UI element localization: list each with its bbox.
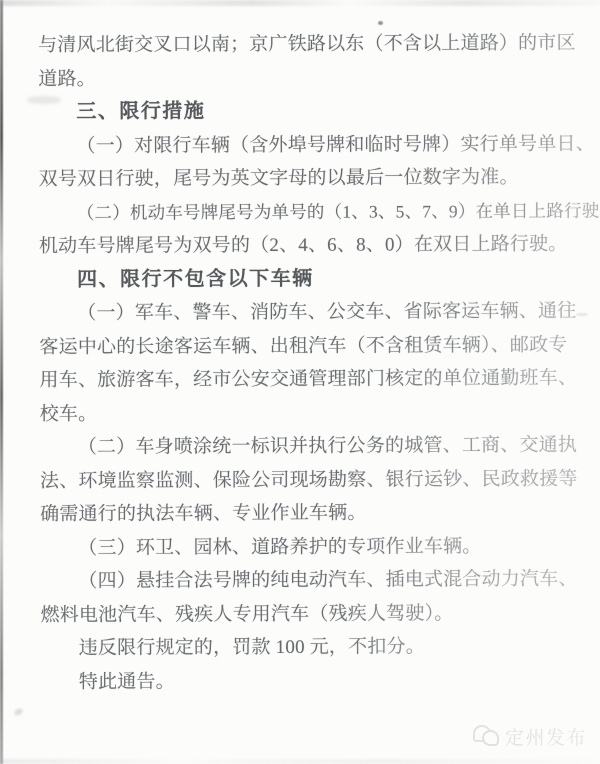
- scan-artifact-dash: [576, 313, 588, 316]
- chat-bubble-small: [482, 730, 499, 746]
- scan-artifact-smudge: [13, 707, 24, 717]
- scan-artifact-smudge: [27, 96, 61, 104]
- notice-line: 燃料电池汽车、残疾人专用汽车（残疾人驾驶）。: [40, 596, 584, 632]
- chat-bubbles-icon: [473, 724, 500, 749]
- notice-body: 与清风北街交叉口以南；京广铁路以东（不含以上道路）的市区 道路。 三、限行措施 …: [38, 27, 585, 699]
- notice-line: 校车。: [40, 395, 584, 431]
- notice-line: 与清风北街交叉口以南；京广铁路以东（不含以上道路）的市区: [38, 27, 582, 63]
- notice-line: 客运中心的长途客运车辆、出租汽车（不含租赁车辆）、邮政专: [39, 328, 583, 364]
- notice-line: （三）环卫、园林、道路养护的专项作业车辆。: [40, 529, 584, 565]
- scan-artifact-top-edge: [0, 0, 600, 6]
- notice-line: 法、环境监察监测、保险公司现场勘察、银行运钞、民政救援等: [40, 462, 584, 498]
- notice-line: 用车、旅游客车，经市公安交通管理部门核定的单位通勤班车、: [39, 362, 583, 398]
- watermark-label: 定州发布: [505, 723, 587, 750]
- notice-line: 特此通告。: [41, 663, 585, 699]
- scan-artifact-dot: [378, 21, 383, 25]
- notice-line: （二）机动车号牌尾号为单号的（1、3、5、7、9）在单日上路行驶；: [39, 194, 583, 230]
- section-heading: 三、限行措施: [38, 94, 582, 130]
- publisher-watermark: 定州发布: [473, 723, 587, 750]
- scan-artifact-left-edge: [0, 0, 3, 764]
- scanned-notice-page: 与清风北街交叉口以南；京广铁路以东（不含以上道路）的市区 道路。 三、限行措施 …: [0, 0, 600, 764]
- notice-line: （一）军车、警车、消防车、公交车、省际客运车辆、通往: [39, 295, 583, 331]
- notice-line: 违反限行规定的，罚款 100 元，不扣分。: [41, 630, 585, 666]
- notice-line: （四）悬挂合法号牌的纯电动汽车、插电式混合动力汽车、: [40, 563, 584, 599]
- scan-artifact-bottom-edge: [0, 759, 600, 764]
- notice-line: 双号双日行驶，尾号为英文字母的以最后一位数字为准。: [39, 161, 583, 197]
- section-heading: 四、限行不包含以下车辆: [39, 261, 583, 297]
- notice-line: （二）车身喷涂统一标识并执行公务的城管、工商、交通执: [40, 429, 584, 465]
- notice-line: 机动车号牌尾号为双号的（2、4、6、8、0）在双日上路行驶。: [39, 228, 583, 264]
- notice-line: （一）对限行车辆（含外埠号牌和临时号牌）实行单号单日、: [38, 127, 582, 163]
- notice-line: 确需通行的执法车辆、专业作业车辆。: [40, 496, 584, 532]
- notice-line: 道路。: [38, 60, 582, 96]
